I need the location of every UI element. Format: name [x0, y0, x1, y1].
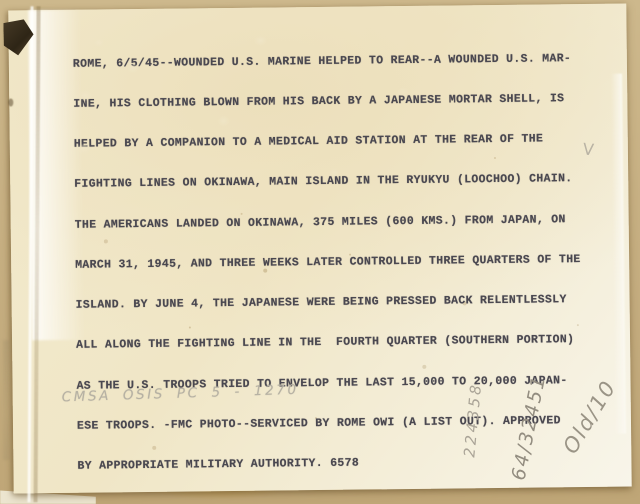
caption-line: THE AMERICANS LANDED ON OKINAWA, 375 MIL…: [75, 213, 595, 232]
caption-line: INE, HIS CLOTHING BLOWN FROM HIS BACK BY…: [73, 92, 593, 111]
caption-line: ALL ALONG THE FIGHTING LINE IN THE FOURT…: [76, 333, 596, 352]
caption-line: HELPED BY A COMPANION TO A MEDICAL AID S…: [74, 132, 594, 151]
paper-right-edge: [611, 74, 626, 434]
left-edge-smudge: [3, 340, 10, 460]
photo-back-scan: ROME, 6/5/45--WOUNDED U.S. MARINE HELPED…: [0, 0, 640, 504]
caption-line: ROME, 6/5/45--WOUNDED U.S. MARINE HELPED…: [73, 52, 593, 71]
caption-line: MARCH 31, 1945, AND THREE WEEKS LATER CO…: [75, 253, 595, 272]
photo-back-paper: ROME, 6/5/45--WOUNDED U.S. MARINE HELPED…: [8, 4, 631, 494]
paper-speckles: [8, 10, 10, 12]
edge-speck: [8, 98, 13, 106]
pencil-check-mark: V: [582, 139, 595, 159]
caption-line: ISLAND. BY JUNE 4, THE JAPANESE WERE BEI…: [76, 293, 596, 312]
caption-line: FIGHTING LINES ON OKINAWA, MAIN ISLAND I…: [74, 172, 594, 191]
